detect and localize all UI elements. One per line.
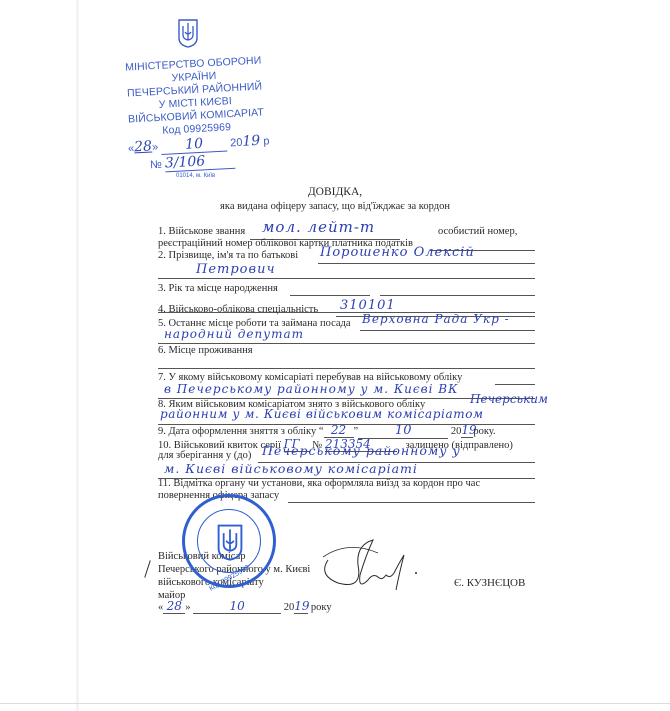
- item-9-text: 9. Дата оформлення зняття з обліку “: [158, 426, 324, 437]
- item-2-value-b: Петрович: [196, 262, 276, 277]
- item-3-line: [290, 295, 370, 296]
- item-5-value-a: Верховна Рада Укр -: [362, 312, 510, 326]
- item-5-line-b: [158, 343, 535, 344]
- stamp-footer: 01014, м. Київ: [176, 173, 215, 179]
- page-edge: [76, 0, 79, 711]
- signatory-name: Є. КУЗНЄЦОВ: [454, 577, 525, 589]
- item-5-line: [360, 330, 535, 331]
- seal-trident-icon: [215, 523, 245, 561]
- stamp-number-value: 3/106: [164, 152, 235, 173]
- item-1-after: особистий номер,: [438, 226, 517, 237]
- issuer-stamp: МІНІСТЕРСТВО ОБОРОНИ УКРАЇНИ ПЕЧЕРСЬКИЙ …: [118, 54, 272, 140]
- item-5-value-b: народний депутат: [164, 327, 304, 341]
- item-11-line: [288, 502, 535, 503]
- footer-date: «28» 10 2019 року: [158, 599, 332, 614]
- item-10-value-a: Печерському районному у: [262, 443, 461, 458]
- item-10-line2: для зберігання у (до): [158, 450, 251, 461]
- stamp-year-suffix: 19: [242, 133, 261, 150]
- item-10-value-b: м. Києві військовому комісаріаті: [164, 461, 418, 476]
- document-subtitle: яка видана офіцеру запасу, що від'їжджає…: [0, 201, 670, 212]
- item-8-value-a: Печерським: [470, 392, 548, 406]
- official-seal: Код 09925969: [182, 494, 276, 588]
- stamp-number: № 3/106: [150, 152, 236, 173]
- item-9-day: 22: [324, 423, 354, 438]
- item-9-after: року.: [473, 426, 495, 437]
- stamp-date-suffix: р: [263, 135, 270, 147]
- item-3-line-b: [380, 295, 535, 296]
- footer-year-suffix: 19: [294, 599, 308, 614]
- page-bottom-edge: [0, 703, 670, 704]
- item-1-label: 1. Військове звання: [158, 226, 245, 237]
- item-7-line: [495, 384, 535, 385]
- item-4-value: 310101: [340, 298, 396, 313]
- item-11-label: 11. Відмітка органу чи установи, яка офо…: [158, 478, 480, 489]
- item-6-label: 6. Місце проживання: [158, 345, 253, 356]
- stamp-number-label: №: [150, 159, 162, 172]
- item-9-year-prefix: 20: [451, 426, 462, 437]
- item-7-value: в Печерському районному у м. Києві ВК: [164, 382, 458, 396]
- item-4-label: 4. Військово-облікова спеціальність: [158, 304, 318, 315]
- item-2-label: 2. Прізвище, ім'я та по батькові: [158, 250, 298, 261]
- document-title: ДОВІДКА,: [0, 186, 670, 198]
- item-6-line: [158, 368, 535, 369]
- footer-date-day: 28: [163, 599, 185, 614]
- footer-date-suffix: року: [311, 602, 332, 613]
- footer-date-month: 10: [193, 599, 281, 614]
- item-2-value-a: Порошенко Олексій: [320, 245, 475, 260]
- margin-mark: [144, 560, 151, 577]
- item-2-line: [318, 263, 535, 264]
- footer-year-prefix: 20: [284, 602, 295, 613]
- item-9-year-suffix: 19: [461, 423, 473, 438]
- stamp-date-day: 28: [134, 138, 153, 155]
- item-2-line-b: [158, 278, 535, 279]
- item-1-value: мол. лейт-т: [262, 218, 375, 236]
- item-8-value-b: районним у м. Києві військовим комісаріа…: [160, 407, 484, 421]
- handwritten-signature-icon: [318, 535, 428, 595]
- trident-coat-of-arms-icon: [177, 18, 199, 48]
- item-3-label: 3. Рік та місце народження: [158, 283, 278, 294]
